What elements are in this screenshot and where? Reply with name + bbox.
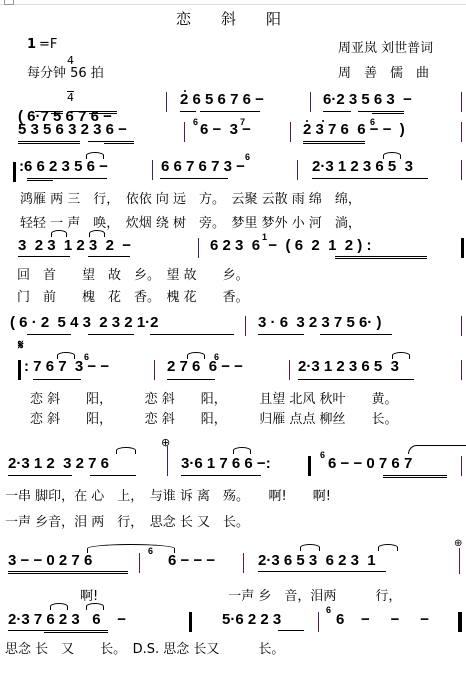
key-signature: =F [39,37,57,52]
beam [258,571,386,572]
slur [383,152,401,159]
slur [116,447,136,454]
lyric-verse-1: 鸿雁 两 三 行， 依依 向 远 方。 云聚 云散 雨 绵 绵， [20,188,361,207]
barline [152,160,153,180]
notation-row-4: 3 2 3 1 2 3 2 − [18,237,131,254]
barline [461,360,462,380]
grace-note: 6 [193,117,198,127]
lyric-verse-1: 一串 脚印，在 心 上， 与谁 诉 离 殇。 啊! 啊! [5,485,331,504]
tie [87,544,175,553]
beam [180,111,196,112]
notation-row-3c: 2·3 1 2 3 6 5 3 [312,158,413,175]
barline [167,446,168,476]
grace-note: 1 [262,232,267,242]
high-dot [184,90,186,92]
slur [392,352,410,359]
grace-note: 6 [370,117,375,127]
beam [51,113,63,114]
barline [166,92,167,112]
beam [150,334,234,335]
grace-note: 6 [245,152,250,162]
barline [461,92,462,112]
beam [35,111,63,112]
beam [8,571,128,572]
barline [154,360,155,380]
notation-row-3: :6 6 2 3 5 6 − [19,158,108,175]
beam [44,632,108,633]
grace-note: 6 [320,450,325,460]
notation-row-5b: 3 · 6 3 2 3 7 5 6· ) [258,314,381,331]
grace-note: 6 [148,546,153,556]
beam [383,477,447,478]
barline [198,238,199,258]
key-number: 1 [27,37,36,52]
notation-row-2: 5 3 5 6 3 2 3 6 − [18,121,127,138]
slur [300,544,320,551]
barline [289,360,290,380]
beam [335,258,427,259]
beam [27,180,53,181]
beam [8,475,72,476]
barline [461,316,462,336]
notation-row-5: ( 6 · 2 5 4 3 2 3 2 1·2 [10,314,159,331]
slur [233,447,251,454]
beam [88,141,134,142]
final-barline [458,612,462,632]
slur [89,230,105,237]
lyric-verse-1: 恋 斜 阳， 恋 斜 阳， 且望 北风 秋叶 黄。 [30,388,398,407]
high-dot [322,120,324,122]
notation-row-2c: 2 3 7 6 6 − − ) [303,121,405,138]
repeat-start-bar [18,360,21,380]
double-barline [189,612,192,632]
beam [88,334,134,335]
notation-row-9b: 5·6 2 2 3 [222,611,281,628]
slur [378,544,398,551]
high-dot [306,120,308,122]
beam [27,334,71,335]
beam [358,111,404,112]
slur [50,603,68,610]
beam [335,256,427,257]
lyric-verse-1: 啊! 一声 乡 音，泪两 行， [80,585,401,604]
barline [139,553,140,573]
beam [383,475,447,476]
repeat-end-bar [461,238,464,258]
notation-row-1c: 6·2 3 5 6 3 − [323,91,412,108]
notation-row-7c: 6 − − 0 7 6 7 [328,455,412,472]
slur [86,603,104,610]
lyric-verse-1: 思念 长 又 长。 D.S. 思念 长又 长。 [5,638,284,657]
beam [320,334,392,335]
beam [278,630,304,631]
barline [290,122,291,142]
beam [312,178,428,179]
lyric-verse-1: 回 首 望 故 乡。 望 故 乡。 [17,264,249,283]
beam [33,379,81,380]
beam [27,178,107,179]
beam [372,113,404,114]
page-corner-mark [4,0,14,5]
lyric-verse-2: 门 前 槐 花 香。 槐 花 香。 [17,286,249,305]
barline [310,92,311,112]
beam [200,111,260,112]
grace-note: 7 [240,117,245,127]
slur [86,152,104,159]
barline [245,316,246,336]
beam [167,379,215,380]
beam [18,256,70,257]
tie [408,445,466,454]
notation-row-9: 2·3 7 6 2 3 6 − [8,611,126,628]
repeat-end-bar [308,456,311,476]
notation-row-1: ( 6·7 5 6 7 6 − [18,91,112,125]
barline [461,456,462,476]
barline [243,553,244,573]
beam [89,113,117,114]
notation-row-8b: 6 − − − [168,552,215,569]
notation-row-8: 3 − − 0 2 7 6 [8,552,92,569]
repeat-start-bar [13,162,16,182]
beam [18,141,80,142]
segno-sign: 𝄋 [18,338,24,353]
beam [258,334,304,335]
notation-row-6c: 2·3 1 2 3 6 5 3 [298,358,399,375]
tempo-marking: 每分钟 56 拍 [27,62,104,81]
composer-credit: 周 善 儒 曲 [338,62,429,81]
notation-row-8c: 2·3 6 5 3 6 2 3 1 [258,552,376,569]
notation-row-6b: 2 7 6 6 − − [167,358,243,375]
beam [88,256,130,257]
barline [459,548,460,574]
beam [303,141,365,142]
beam [323,111,351,112]
beam [8,630,108,631]
notation-row-3b: 6 6 7 6 7 3 − [161,158,245,175]
beam [298,379,414,380]
notation-row-6: : 7 6 7 3 − − [24,358,109,375]
lyric-verse-2: 恋 斜 阳， 恋 斜 阳， 归雁 点点 柳丝 长。 [30,408,398,427]
notation-row-7b: 3·6 1 7 6 6 −: [181,455,271,472]
notation-row-4b: 6 2 3 6 − ( 6 2 1 2 ) : [210,237,371,254]
beam [160,178,228,179]
slur [187,352,205,359]
beam [71,111,117,112]
page-top-border [0,0,466,5]
beam [8,573,128,574]
beam [181,475,261,476]
barline [297,160,298,180]
notation-row-7: 2·3 1 2 3 2 7 6 [8,455,109,472]
barline [184,122,185,142]
notation-row-1b: 2 6 5 6 7 6 − [180,91,264,108]
beam [90,475,136,476]
coda-sign: ⊕ [161,436,170,449]
grace-note: 6 [214,352,219,362]
barline [461,160,462,180]
lyricist-credit: 周亚岚 刘世普词 [338,37,433,56]
barline [461,122,462,142]
slur [57,352,75,359]
grace-note: 6 [84,352,89,362]
beam [18,143,80,144]
song-title: 恋 斜 阳 [176,8,281,29]
grace-note: 6 [326,605,331,615]
lyric-verse-2: 一声 乡音，泪 两 行， 思念 长 又 长。 [5,511,249,530]
beam [104,143,134,144]
notation-row-9c: 6 − − − [336,611,429,628]
barline [318,612,319,632]
beam [303,143,365,144]
lyric-verse-2: 轻轻 一 声 唤， 炊烟 绕 树 旁。 梦里 梦外 小 河 淌， [20,212,361,231]
slur [51,230,67,237]
